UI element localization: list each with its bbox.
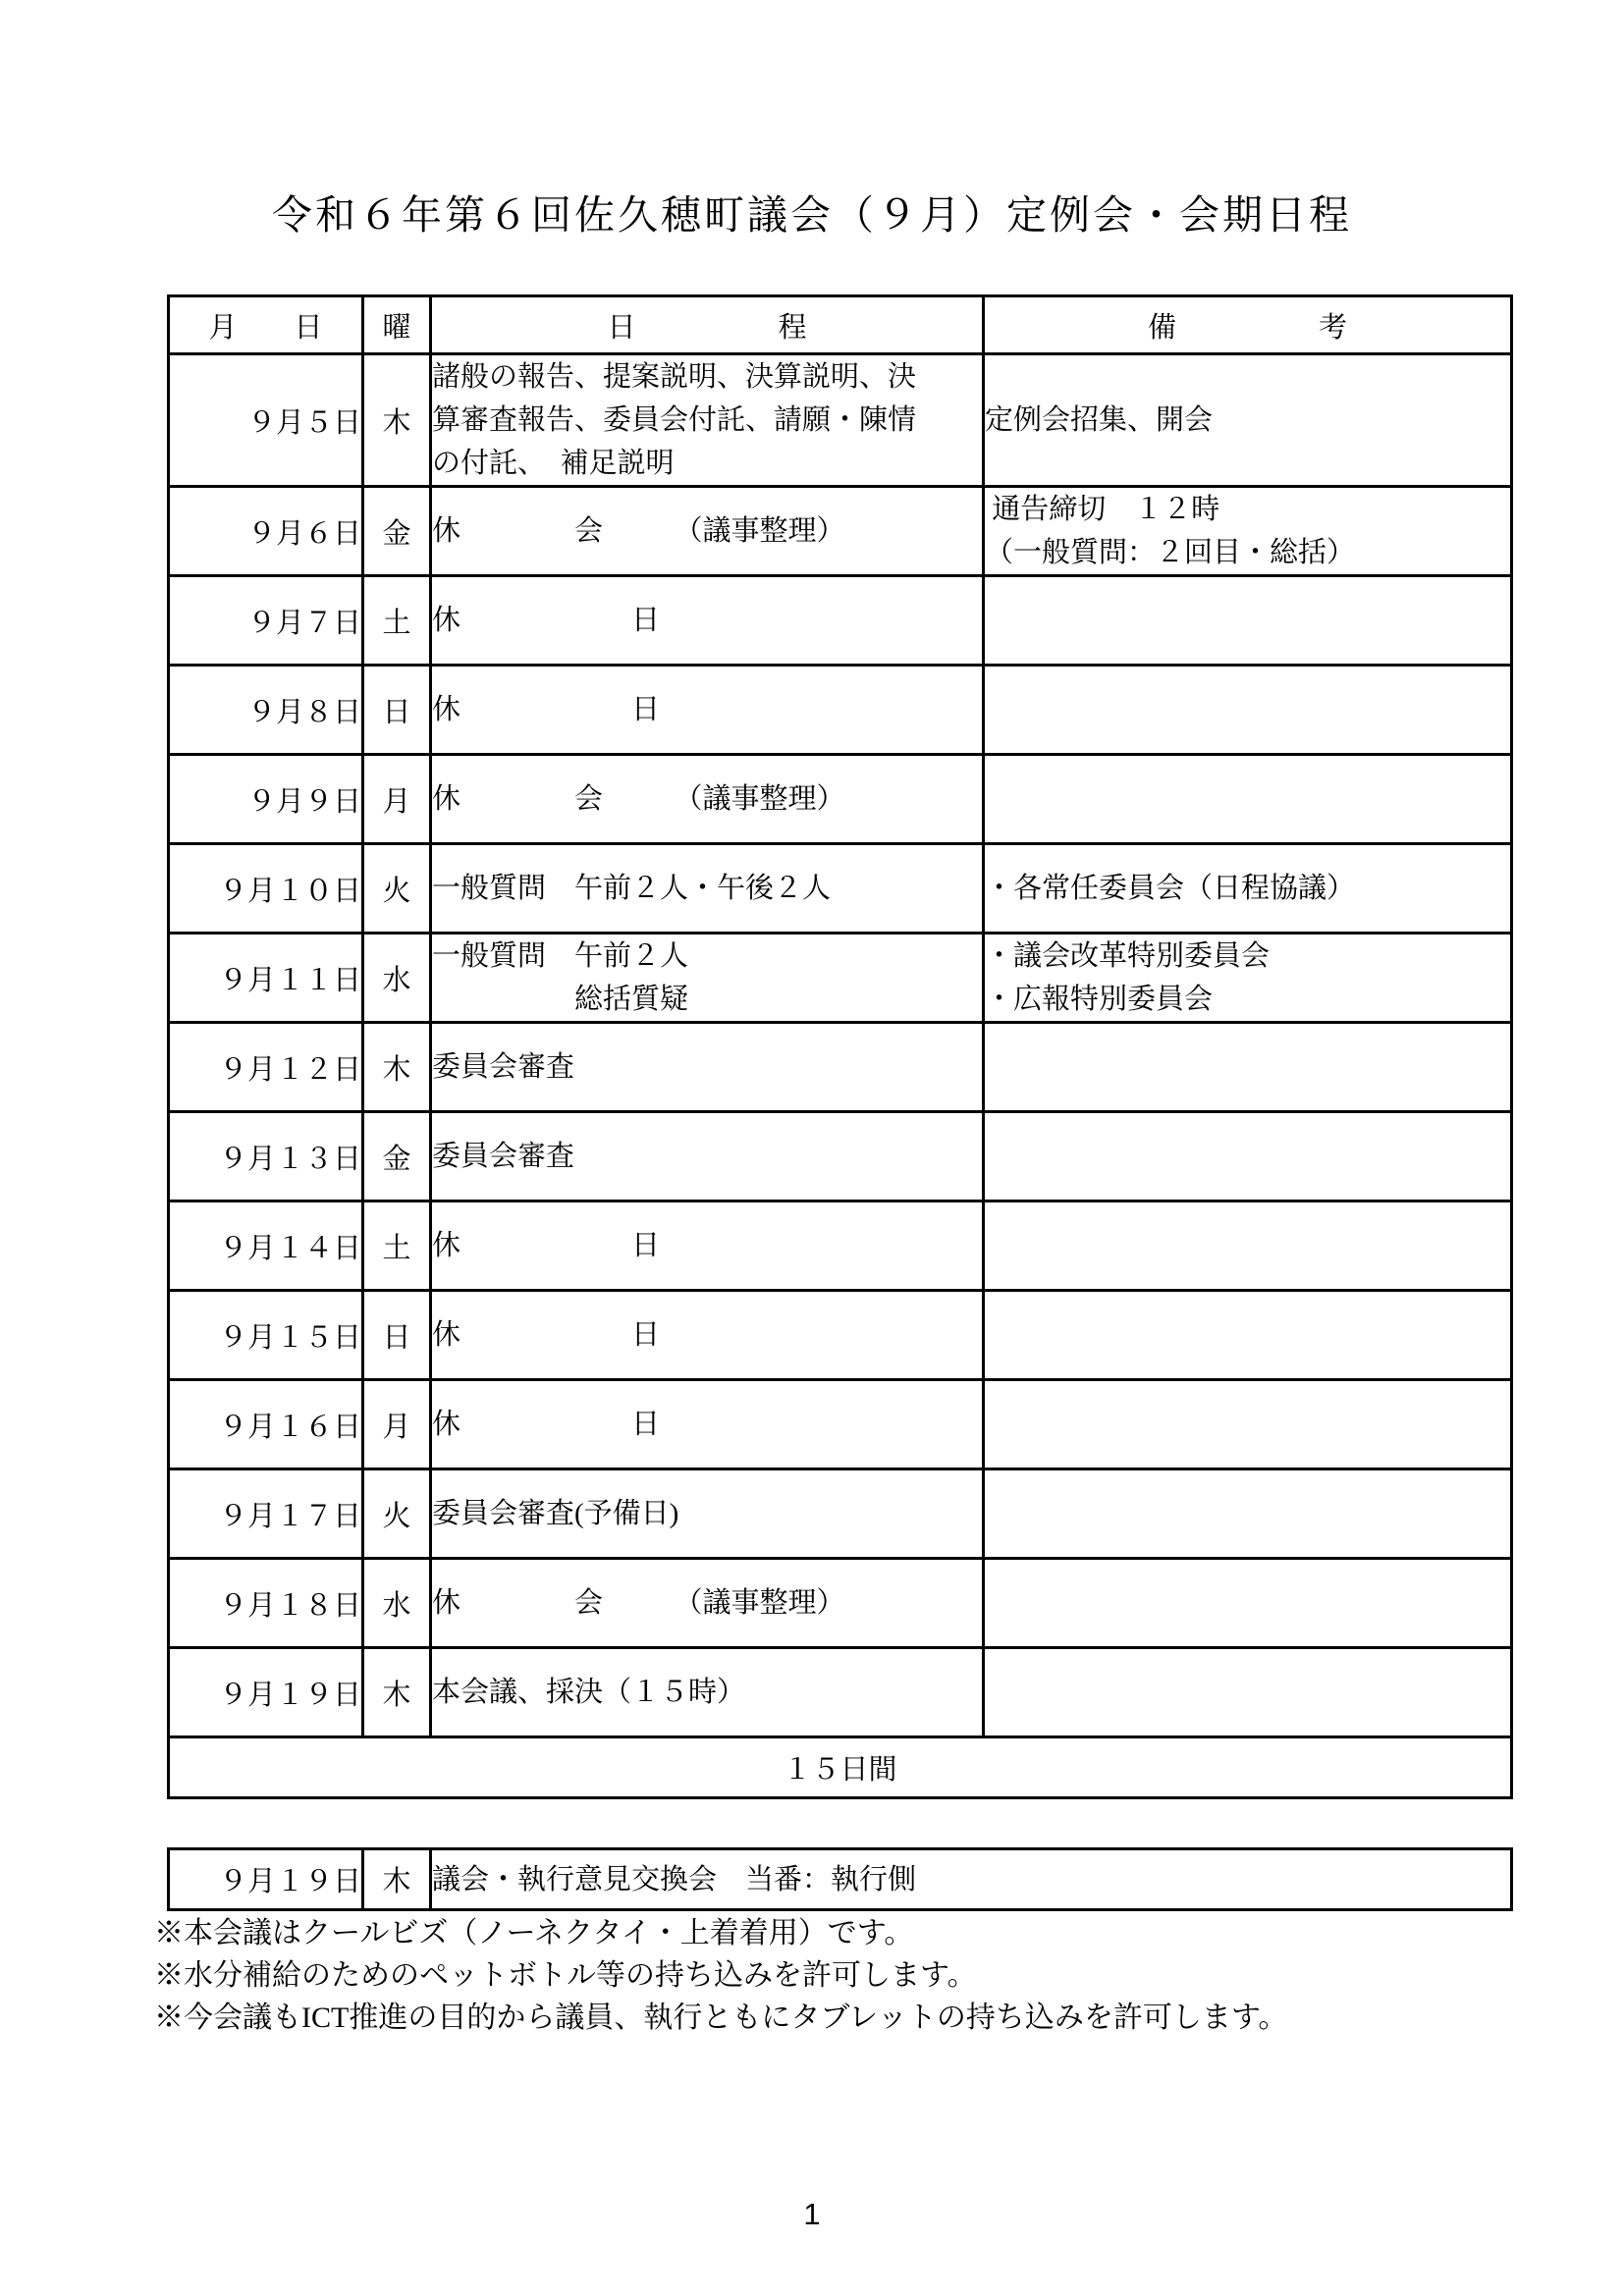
cell-date: ９月１９日 — [169, 1648, 363, 1737]
table-row: ９月１３日 金 委員会審査 — [169, 1112, 1512, 1201]
cell-remarks — [984, 1380, 1512, 1469]
cell-date: ９月１３日 — [169, 1112, 363, 1201]
cell-remarks — [984, 1469, 1512, 1559]
footnote: ※水分補給のためのペットボトル等の持ち込みを許可します。 — [154, 1954, 1287, 1997]
footnote: ※今会議もICT推進の目的から議員、執行ともにタブレットの持ち込みを許可します。 — [154, 1997, 1287, 2039]
cell-weekday: 日 — [363, 1291, 431, 1380]
header-remarks: 備 考 — [984, 296, 1512, 354]
cell-remarks — [984, 755, 1512, 844]
total-days-cell: １５日間 — [169, 1737, 1512, 1798]
cell-remarks: 定例会招集、開会 — [984, 354, 1512, 487]
cell-date: ９月１５日 — [169, 1291, 363, 1380]
cell-weekday: 日 — [363, 666, 431, 755]
cell-date: ９月７日 — [169, 576, 363, 666]
header-weekday: 曜 — [363, 296, 431, 354]
cell-date: ９月１０日 — [169, 844, 363, 934]
cell-remarks — [984, 1201, 1512, 1291]
cell-schedule: 休 日 — [431, 576, 984, 666]
schedule-line: 休 日 — [432, 688, 982, 731]
summary-row: １５日間 — [169, 1737, 1512, 1798]
cell-schedule: 休 会 （議事整理） — [431, 487, 984, 576]
remarks-line: （一般質問：２回目・総括） — [985, 531, 1510, 574]
cell-weekday: 火 — [363, 1469, 431, 1559]
schedule-line: 休 日 — [432, 599, 982, 642]
cell-remarks: ・各常任委員会（日程協議） — [984, 844, 1512, 934]
remarks-line: 通告締切 １２時 — [985, 488, 1510, 531]
table-row: ９月８日 日 休 日 — [169, 666, 1512, 755]
cell-schedule: 一般質問 午前２人 総括質疑 — [431, 934, 984, 1023]
cell-schedule: 委員会審査 — [431, 1023, 984, 1112]
schedule-line: 休 会 （議事整理） — [432, 777, 982, 821]
footnotes: ※本会議はクールビズ（ノーネクタイ・上着着用）です。 ※水分補給のためのペットボ… — [154, 1912, 1287, 2039]
cell-weekday: 水 — [363, 934, 431, 1023]
cell-schedule: 休 会 （議事整理） — [431, 755, 984, 844]
table-row: ９月１４日 土 休 日 — [169, 1201, 1512, 1291]
remarks-line: ・広報特別委員会 — [985, 978, 1510, 1021]
cell-schedule: 休 日 — [431, 1201, 984, 1291]
cell-remarks — [984, 576, 1512, 666]
cell-remarks: 通告締切 １２時 （一般質問：２回目・総括） — [984, 487, 1512, 576]
footnote: ※本会議はクールビズ（ノーネクタイ・上着着用）です。 — [154, 1912, 1287, 1954]
cell-remarks — [984, 1112, 1512, 1201]
table-row: ９月１５日 日 休 日 — [169, 1291, 1512, 1380]
table-row: ９月１９日 木 議会・執行意見交換会 当番：執行側 — [169, 1849, 1512, 1910]
cell-date: ９月１８日 — [169, 1559, 363, 1648]
table-row: ９月６日 金 休 会 （議事整理） 通告締切 １２時 （一般質問：２回目・総括） — [169, 487, 1512, 576]
table-row: ９月１２日 木 委員会審査 — [169, 1023, 1512, 1112]
cell-weekday: 土 — [363, 576, 431, 666]
cell-schedule: 委員会審査 — [431, 1112, 984, 1201]
cell-date: ９月９日 — [169, 755, 363, 844]
table-row: ９月５日 木 諸般の報告、提案説明、決算説明、決 算審査報告、委員会付託、請願・… — [169, 354, 1512, 487]
schedule-line: 休 会 （議事整理） — [432, 1581, 982, 1625]
table-row: ９月７日 土 休 日 — [169, 576, 1512, 666]
cell-schedule: 一般質問 午前２人・午後２人 — [431, 844, 984, 934]
cell-weekday: 木 — [363, 1849, 431, 1910]
remarks-line: 定例会招集、開会 — [985, 399, 1510, 442]
cell-weekday: 木 — [363, 1023, 431, 1112]
cell-weekday: 火 — [363, 844, 431, 934]
cell-date: ９月５日 — [169, 354, 363, 487]
cell-remarks — [984, 1291, 1512, 1380]
cell-date: ９月１６日 — [169, 1380, 363, 1469]
cell-date: ９月１７日 — [169, 1469, 363, 1559]
cell-remarks — [984, 1559, 1512, 1648]
schedule-line: 休 日 — [432, 1224, 982, 1267]
document-page: 令和６年第６回佐久穂町議会（９月）定例会・会期日程 月 日 曜 日 程 備 考 … — [0, 0, 1624, 2296]
cell-schedule: 休 会 （議事整理） — [431, 1559, 984, 1648]
cell-date: ９月１１日 — [169, 934, 363, 1023]
cell-remarks: ・議会改革特別委員会 ・広報特別委員会 — [984, 934, 1512, 1023]
cell-remarks — [984, 666, 1512, 755]
table-row: ９月１６日 月 休 日 — [169, 1380, 1512, 1469]
cell-remarks — [984, 1648, 1512, 1737]
cell-date: ９月１４日 — [169, 1201, 363, 1291]
table-row: ９月１９日 木 本会議、採決（１５時） — [169, 1648, 1512, 1737]
cell-weekday: 月 — [363, 1380, 431, 1469]
table-row: ９月１８日 水 休 会 （議事整理） — [169, 1559, 1512, 1648]
cell-schedule: 委員会審査(予備日) — [431, 1469, 984, 1559]
remarks-line: ・議会改革特別委員会 — [985, 934, 1510, 978]
cell-date: ９月１９日 — [169, 1849, 363, 1910]
schedule-line: 諸般の報告、提案説明、決算説明、決 — [432, 355, 982, 399]
cell-weekday: 土 — [363, 1201, 431, 1291]
schedule-line: 休 日 — [432, 1313, 982, 1357]
schedule-line: 本会議、採決（１５時） — [432, 1671, 982, 1714]
table-row: ９月１１日 水 一般質問 午前２人 総括質疑 ・議会改革特別委員会 ・広報特別委… — [169, 934, 1512, 1023]
table-row: ９月１７日 火 委員会審査(予備日) — [169, 1469, 1512, 1559]
schedule-line: 委員会審査 — [432, 1045, 982, 1089]
schedule-line: 委員会審査 — [432, 1135, 982, 1178]
table-row: ９月１０日 火 一般質問 午前２人・午後２人 ・各常任委員会（日程協議） — [169, 844, 1512, 934]
cell-weekday: 金 — [363, 1112, 431, 1201]
cell-schedule: 諸般の報告、提案説明、決算説明、決 算審査報告、委員会付託、請願・陳情 の付託、… — [431, 354, 984, 487]
page-title: 令和６年第６回佐久穂町議会（９月）定例会・会期日程 — [0, 183, 1624, 240]
cell-schedule: 休 日 — [431, 1380, 984, 1469]
cell-schedule: 本会議、採決（１５時） — [431, 1648, 984, 1737]
cell-schedule: 休 日 — [431, 1291, 984, 1380]
cell-remarks — [984, 1023, 1512, 1112]
cell-date: ９月８日 — [169, 666, 363, 755]
cell-weekday: 金 — [363, 487, 431, 576]
session-schedule-table: 月 日 曜 日 程 備 考 ９月５日 木 諸般の報告、提案説明、決算説明、決 算… — [167, 294, 1513, 1799]
cell-schedule: 休 日 — [431, 666, 984, 755]
header-schedule: 日 程 — [431, 296, 984, 354]
header-date: 月 日 — [169, 296, 363, 354]
schedule-line: 算審査報告、委員会付託、請願・陳情 — [432, 399, 982, 442]
page-number: 1 — [0, 2197, 1624, 2232]
cell-weekday: 月 — [363, 755, 431, 844]
table-row: ９月９日 月 休 会 （議事整理） — [169, 755, 1512, 844]
schedule-line: 一般質問 午前２人 — [432, 934, 982, 978]
cell-weekday: 水 — [363, 1559, 431, 1648]
cell-date: ９月１２日 — [169, 1023, 363, 1112]
schedule-line: の付託、 補足説明 — [432, 442, 982, 485]
schedule-line: 休 会 （議事整理） — [432, 509, 982, 553]
schedule-line: 一般質問 午前２人・午後２人 — [432, 867, 982, 910]
schedule-line: 議会・執行意見交換会 当番：執行側 — [432, 1858, 1510, 1901]
cell-weekday: 木 — [363, 1648, 431, 1737]
schedule-line: 休 日 — [432, 1403, 982, 1446]
remarks-line: ・各常任委員会（日程協議） — [985, 867, 1510, 910]
header-row: 月 日 曜 日 程 備 考 — [169, 296, 1512, 354]
cell-weekday: 木 — [363, 354, 431, 487]
schedule-line: 委員会審査(予備日) — [432, 1492, 982, 1535]
cell-schedule: 議会・執行意見交換会 当番：執行側 — [431, 1849, 1512, 1910]
cell-date: ９月６日 — [169, 487, 363, 576]
schedule-line: 総括質疑 — [432, 978, 982, 1021]
exchange-meeting-table: ９月１９日 木 議会・執行意見交換会 当番：執行側 — [167, 1847, 1513, 1911]
